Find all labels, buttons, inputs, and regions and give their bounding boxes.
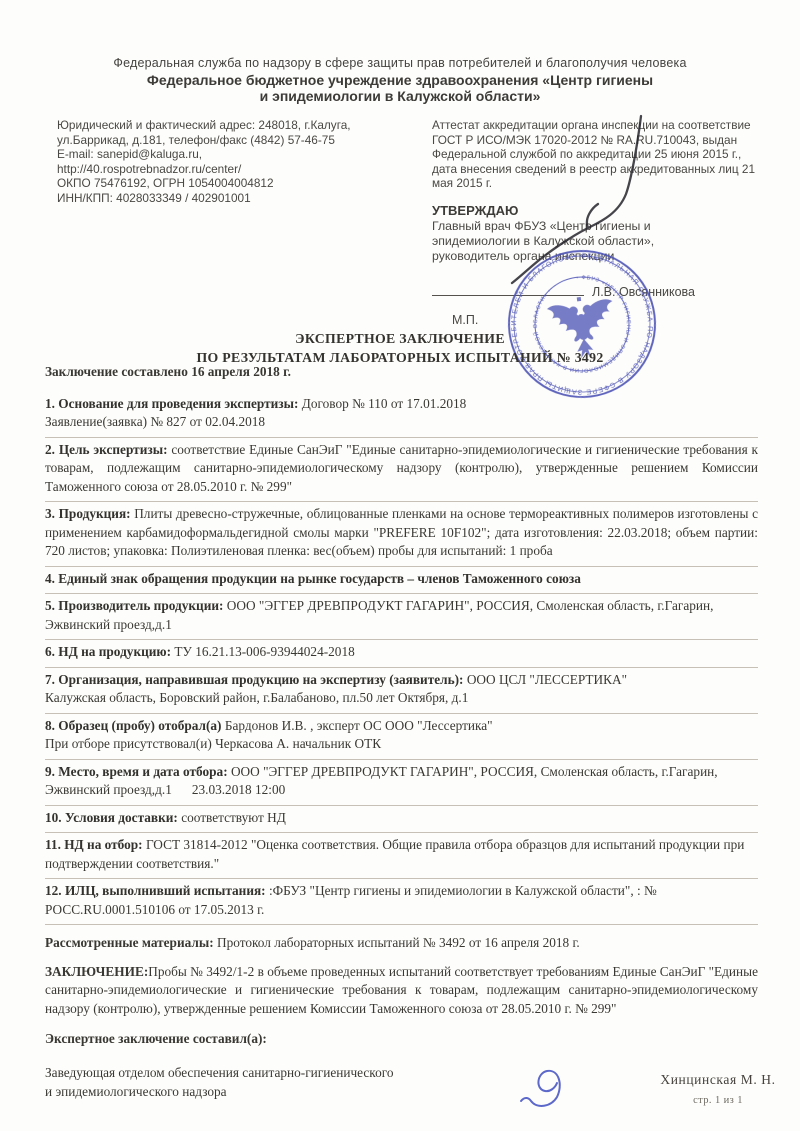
section-customs-union-mark: 4. Единый знак обращения продукции на ры… xyxy=(45,567,758,595)
materials-text: Протокол лабораторных испытаний № 3492 о… xyxy=(217,935,580,950)
section-extra: При отборе присутствовал(и) Черкасова А.… xyxy=(45,735,758,754)
approval-block: УТВЕРЖДАЮ Главный врач ФБУЗ «Центр гигие… xyxy=(432,204,757,328)
section-label: 7. Организация, направившая продукцию на… xyxy=(45,672,463,687)
materials-label: Рассмотренные материалы: xyxy=(45,935,214,950)
agency-name: Федеральная служба по надзору в сфере за… xyxy=(0,56,800,70)
signature-line xyxy=(432,295,584,296)
section-applicant: 7. Организация, направившая продукцию на… xyxy=(45,668,758,714)
section-label: 5. Производитель продукции: xyxy=(45,598,223,613)
section-delivery-conditions: 10. Условия доставки: соответствуют НД xyxy=(45,806,758,834)
section-testing-lab: 12. ИЛЦ, выполнивший испытания: :ФБУЗ "Ц… xyxy=(45,879,758,925)
scanned-expert-conclusion-document: Федеральная служба по надзору в сфере за… xyxy=(0,0,800,1131)
section-label: 8. Образец (пробу) отобрал(а) xyxy=(45,718,222,733)
page-number-note: стр. 1 из 1 xyxy=(633,1092,800,1111)
section-label: 1. Основание для проведения экспертизы: xyxy=(45,396,298,411)
section-label: 10. Условия доставки: xyxy=(45,810,178,825)
title-line1: ЭКСПЕРТНОЕ ЗАКЛЮЧЕНИЕ xyxy=(0,329,800,348)
section-label: 6. НД на продукцию: xyxy=(45,644,171,659)
section-extra: Заявление(заявка) № 827 от 02.04.2018 xyxy=(45,413,758,432)
section-text: ТУ 16.21.13-006-93944024-2018 xyxy=(174,644,354,659)
reviewed-materials: Рассмотренные материалы: Протокол лабора… xyxy=(45,934,758,953)
section-label: 2. Цель экспертизы: xyxy=(45,442,168,457)
approver-name: Л.В. Овсянникова xyxy=(592,285,695,300)
expert-position: Заведующая отделом обеспечения санитарно… xyxy=(45,1063,465,1101)
section-label: 11. НД на отбор: xyxy=(45,837,143,852)
expert-name: Хинцинская М. Н. стр. 1 из 1 xyxy=(633,1071,800,1111)
section-label: 4. Единый знак обращения продукции на ры… xyxy=(45,571,581,586)
document-body: Заключение составлено 16 апреля 2018 г. … xyxy=(45,363,758,1131)
section-product-standard: 6. НД на продукцию: ТУ 16.21.13-006-9394… xyxy=(45,640,758,668)
section-label: 3. Продукция: xyxy=(45,506,131,521)
phone-fax: ул.Баррикад, д.181, телефон/факс (4842) … xyxy=(57,133,429,148)
section-text: Плиты древесно-стружечные, облицованные … xyxy=(45,506,758,558)
inn-kpp: ИНН/КПП: 4028033349 / 402901001 xyxy=(57,191,429,206)
footer-signature-block: Заведующая отделом обеспечения санитарно… xyxy=(45,1063,758,1131)
okpo-ogrn: ОКПО 75476192, ОГРН 1054004004812 xyxy=(57,176,429,191)
legal-address: Юридический и фактический адрес: 248018,… xyxy=(57,118,429,133)
organization-name: Федеральное бюджетное учреждение здравоо… xyxy=(0,72,800,104)
document-title: ЭКСПЕРТНОЕ ЗАКЛЮЧЕНИЕ ПО РЕЗУЛЬТАТАМ ЛАБ… xyxy=(0,329,800,367)
section-purpose: 2. Цель экспертизы: соответствие Единые … xyxy=(45,438,758,503)
section-text: Бардонов И.В. , эксперт ОС ООО "Лессерти… xyxy=(225,718,493,733)
email: E-mail: sanepid@kaluga.ru, xyxy=(57,147,429,162)
conclusion-text: Пробы № 3492/1-2 в объеме проведенных ис… xyxy=(45,964,758,1016)
section-sampling-standard: 11. НД на отбор: ГОСТ 31814-2012 "Оценка… xyxy=(45,833,758,879)
website: http://40.rospotrebnadzor.ru/center/ xyxy=(57,162,429,177)
section-manufacturer: 5. Производитель продукции: ООО "ЭГГЕР Д… xyxy=(45,594,758,640)
address-block: Юридический и фактический адрес: 248018,… xyxy=(57,118,429,206)
approver-signature-row: Л.В. Овсянникова xyxy=(432,285,757,300)
section-basis: 1. Основание для проведения экспертизы: … xyxy=(45,392,758,438)
section-sampler: 8. Образец (пробу) отобрал(а) Бардонов И… xyxy=(45,714,758,760)
conclusion-paragraph: ЗАКЛЮЧЕНИЕ:Пробы № 3492/1-2 в объеме про… xyxy=(45,963,758,1019)
approve-heading: УТВЕРЖДАЮ xyxy=(432,204,757,219)
composed-date-line: Заключение составлено 16 апреля 2018 г. xyxy=(45,363,758,382)
section-text: ООО ЦСЛ "ЛЕССЕРТИКА" xyxy=(467,672,627,687)
section-extra: Калужская область, Боровский район, г.Ба… xyxy=(45,689,758,708)
expert-signature xyxy=(517,1061,587,1117)
accreditation-text: Аттестат аккредитации органа инспекции н… xyxy=(432,118,757,191)
accreditation-approval-block: Аттестат аккредитации органа инспекции н… xyxy=(432,118,757,328)
section-label: 9. Место, время и дата отбора: xyxy=(45,764,228,779)
section-text: соответствуют НД xyxy=(181,810,286,825)
seal-placeholder-mp: М.П. xyxy=(452,313,757,328)
document-header: Федеральная служба по надзору в сфере за… xyxy=(0,56,800,104)
section-text: ГОСТ 31814-2012 "Оценка соответствия. Об… xyxy=(45,837,744,871)
conclusion-label: ЗАКЛЮЧЕНИЕ: xyxy=(45,964,148,979)
composed-by-heading: Экспертное заключение составил(а): xyxy=(45,1030,758,1049)
section-product: 3. Продукция: Плиты древесно-стружечные,… xyxy=(45,502,758,567)
section-label: 12. ИЛЦ, выполнивший испытания: xyxy=(45,883,266,898)
section-text: Договор № 110 от 17.01.2018 xyxy=(302,396,467,411)
section-sampling-place-time: 9. Место, время и дата отбора: ООО "ЭГГЕ… xyxy=(45,760,758,806)
